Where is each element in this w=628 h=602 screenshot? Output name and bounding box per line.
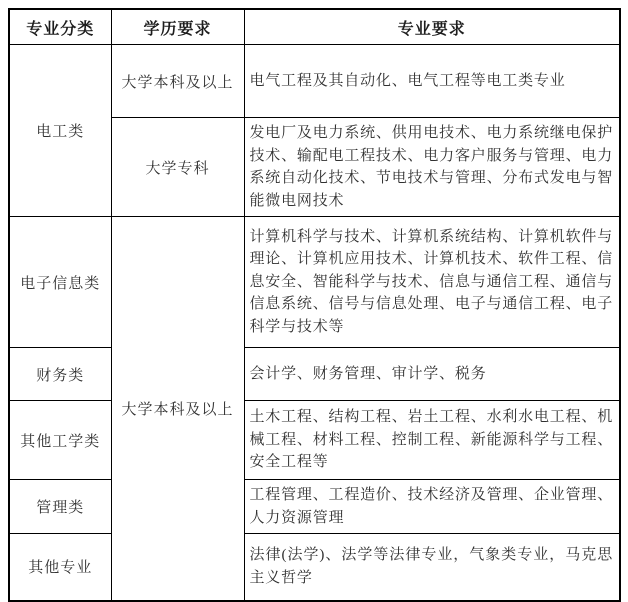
category-other-majors: 其他专业 <box>9 534 111 601</box>
majors-electrical-bachelor: 电气工程及其自动化、电气工程等电工类专业 <box>244 45 620 118</box>
table-row-electrical-bachelor: 电工类 大学本科及以上 电气工程及其自动化、电气工程等电工类专业 <box>9 45 620 118</box>
table-row-electronic-info: 电子信息类 大学本科及以上 计算机科学与技术、计算机系统结构、计算机软件与理论、… <box>9 217 620 348</box>
table-row-finance: 财务类 会计学、财务管理、审计学、税务 <box>9 348 620 401</box>
majors-other-engineering: 土木工程、结构工程、岩土工程、水利水电工程、机械工程、材料工程、控制工程、新能源… <box>244 401 620 480</box>
header-row: 专业分类 学历要求 专业要求 <box>9 9 620 45</box>
column-header-category: 专业分类 <box>9 9 111 45</box>
table-row-management: 管理类 工程管理、工程造价、技术经济及管理、企业管理、人力资源管理 <box>9 480 620 534</box>
category-other-engineering: 其他工学类 <box>9 401 111 480</box>
education-bachelor-and-above: 大学本科及以上 <box>111 45 244 118</box>
table-row-other-engineering: 其他工学类 土木工程、结构工程、岩土工程、水利水电工程、机械工程、材料工程、控制… <box>9 401 620 480</box>
major-requirements-table: 专业分类 学历要求 专业要求 电工类 大学本科及以上 电气工程及其自动化、电气工… <box>8 8 621 602</box>
education-bachelor-and-above-merged: 大学本科及以上 <box>111 217 244 601</box>
majors-management: 工程管理、工程造价、技术经济及管理、企业管理、人力资源管理 <box>244 480 620 534</box>
category-electrical: 电工类 <box>9 45 111 217</box>
table-row-other-majors: 其他专业 法律(法学)、法学等法律专业，气象类专业，马克思主义哲学 <box>9 534 620 601</box>
majors-electronic-info: 计算机科学与技术、计算机系统结构、计算机软件与理论、计算机应用技术、计算机技术、… <box>244 217 620 348</box>
category-management: 管理类 <box>9 480 111 534</box>
majors-finance: 会计学、财务管理、审计学、税务 <box>244 348 620 401</box>
majors-electrical-college: 发电厂及电力系统、供用电技术、电力系统继电保护技术、输配电工程技术、电力客户服务… <box>244 118 620 217</box>
category-electronic-info: 电子信息类 <box>9 217 111 348</box>
column-header-education: 学历要求 <box>111 9 244 45</box>
education-junior-college: 大学专科 <box>111 118 244 217</box>
majors-other-majors: 法律(法学)、法学等法律专业，气象类专业，马克思主义哲学 <box>244 534 620 601</box>
document-page: 专业分类 学历要求 专业要求 电工类 大学本科及以上 电气工程及其自动化、电气工… <box>0 0 628 602</box>
category-finance: 财务类 <box>9 348 111 401</box>
column-header-majors: 专业要求 <box>244 9 620 45</box>
